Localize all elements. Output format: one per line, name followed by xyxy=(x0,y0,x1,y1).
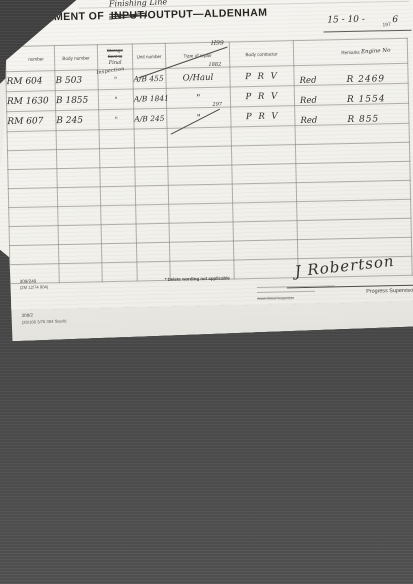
engine-number: R 855 xyxy=(347,114,379,125)
title-struck-word: INPUT xyxy=(111,9,145,22)
date-rule xyxy=(324,30,412,33)
body-contractor-cell: P R V xyxy=(230,86,294,107)
signature-role: Progress Supervisor xyxy=(327,288,413,296)
second-sheet-form-number: 308/2 xyxy=(21,313,33,318)
header-body-number: Body number xyxy=(54,45,98,71)
body-number-cell: B 245 xyxy=(56,110,99,131)
date-year-printed: 197 xyxy=(382,22,390,28)
repair-record-table: number Body number Storage Sent to Final… xyxy=(5,38,413,284)
type-of-repair-cell: 297" xyxy=(167,107,231,128)
remarks-cell: Red R 2469 xyxy=(294,63,408,85)
vehicle-number-cell: RM 604 xyxy=(6,71,55,92)
paint-colour: Red xyxy=(300,95,317,105)
unit-number-cell: A/B 1841 xyxy=(133,88,166,109)
form-title: STATEMENT OF INPUT/OUTPUT—ALDENHAM xyxy=(19,7,267,24)
sent-to-cell: " xyxy=(98,89,133,110)
h99-annotation: H99 xyxy=(211,40,224,47)
header-unit-number: Unit number xyxy=(132,43,166,69)
remarks-cell: Red R 1554 xyxy=(294,83,408,105)
body-number-cell: B 503 xyxy=(55,70,98,91)
form-sheet: Finishing Line STATEMENT OF INPUT/OUTPUT… xyxy=(0,0,413,310)
struck-text-line xyxy=(257,291,315,293)
second-sheet-print-code: (20/100 3/76 304 Stock) xyxy=(22,318,67,325)
unit-number-cell: A/B 245 xyxy=(134,108,167,129)
body-contractor-cell: P R V xyxy=(231,106,295,127)
engine-no-annotation: Engine No xyxy=(361,48,391,56)
unit-number-cell: A/B 455 xyxy=(133,68,166,89)
struck-role-text: Asst. Chief Inspector xyxy=(257,295,294,301)
header-vehicle-number: number xyxy=(5,46,55,72)
form-number: 308/249 xyxy=(20,279,37,284)
vehicle-number-cell: RM 607 xyxy=(7,111,56,132)
title-prefix: STATEMENT OF xyxy=(19,10,104,24)
type-of-repair-cell: 1882O/Haul xyxy=(166,67,230,88)
scanned-document: 308/2 (20/100 3/76 304 Stock) Finishing … xyxy=(0,0,413,584)
header-sent-to: Storage Sent to Final Inspection xyxy=(97,44,133,70)
paint-colour: Red xyxy=(300,115,317,125)
form-print-code: (2M 12/74 804) xyxy=(20,284,49,290)
vehicle-number-cell: RM 1630 xyxy=(6,91,55,112)
date-year-digit: 6 xyxy=(392,15,398,25)
repair-note: 297 xyxy=(212,102,222,108)
sent-to-cell: " xyxy=(99,109,134,130)
body-contractor-cell: P R V xyxy=(230,66,294,87)
paint-colour: Red xyxy=(299,75,316,85)
finishing-line-annotation: Finishing Line xyxy=(109,0,168,9)
header-remarks: Remarks Engine No xyxy=(293,38,407,65)
header-final-handwritten: Final xyxy=(98,60,132,67)
repair-note: 1882 xyxy=(208,62,221,68)
date-handwritten: 15 - 10 - xyxy=(327,15,365,26)
remarks-cell: Red R 855 xyxy=(295,103,409,125)
body-number-cell: B 1855 xyxy=(55,90,98,111)
title-suffix: /OUTPUT—ALDENHAM xyxy=(144,7,267,22)
delete-wording-note: * Delete wording not applicable xyxy=(165,276,230,282)
header-body-contractor: Body contractor xyxy=(229,41,294,67)
